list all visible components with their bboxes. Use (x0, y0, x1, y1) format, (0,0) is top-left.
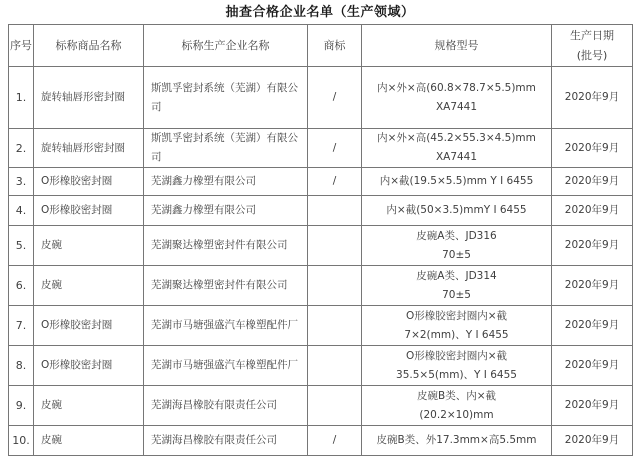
table-row: 6.皮碗芜湖聚达橡塑密封件有限公司皮碗A类、JD314 70±52020年9月 (9, 266, 633, 306)
cell-spec: 内×截(50×3.5)mmY I 6455 (362, 196, 552, 226)
cell-company: 芜湖市马塘强盛汽车橡塑配件厂 (144, 346, 308, 386)
cell-product: 旋转轴唇形密封圈 (34, 129, 144, 168)
cell-spec: 皮碗B类、外17.3mm×高5.5mm (362, 426, 552, 456)
cell-product: 皮碗 (34, 226, 144, 266)
cell-trademark (308, 386, 362, 426)
cell-product: O形橡胶密封圈 (34, 306, 144, 346)
table-row: 3.O形橡胶密封圈芜湖鑫力橡塑有限公司/内×截(19.5×5.5)mm Y I … (9, 168, 633, 196)
cell-company: 芜湖鑫力橡塑有限公司 (144, 196, 308, 226)
cell-serial: 7. (9, 306, 34, 346)
cell-date: 2020年9月 (552, 168, 633, 196)
cell-spec: O形橡胶密封圈内×截 7×2(mm)、Y I 6455 (362, 306, 552, 346)
cell-trademark: / (308, 426, 362, 456)
table-row: 5.皮碗芜湖聚达橡塑密封件有限公司皮碗A类、JD316 70±52020年9月 (9, 226, 633, 266)
cell-serial: 3. (9, 168, 34, 196)
cell-company: 斯凯孚密封系统（芜湖）有限公司 (144, 67, 308, 129)
cell-serial: 8. (9, 346, 34, 386)
cell-date: 2020年9月 (552, 386, 633, 426)
cell-date: 2020年9月 (552, 67, 633, 129)
cell-product: 皮碗 (34, 426, 144, 456)
cell-spec: O形橡胶密封圈内×截 35.5×5(mm)、Y I 6455 (362, 346, 552, 386)
cell-spec: 皮碗A类、JD316 70±5 (362, 226, 552, 266)
cell-product: O形橡胶密封圈 (34, 346, 144, 386)
table-row: 2.旋转轴唇形密封圈斯凯孚密封系统（芜湖）有限公司/内×外×高(45.2×55.… (9, 129, 633, 168)
cell-company: 斯凯孚密封系统（芜湖）有限公司 (144, 129, 308, 168)
cell-spec: 内×外×高(60.8×78.7×5.5)mm XA7441 (362, 67, 552, 129)
cell-company: 芜湖海昌橡胶有限责任公司 (144, 426, 308, 456)
cell-trademark: / (308, 129, 362, 168)
col-header-spec: 规格型号 (362, 25, 552, 67)
cell-date: 2020年9月 (552, 346, 633, 386)
table-row: 4.O形橡胶密封圈芜湖鑫力橡塑有限公司内×截(50×3.5)mmY I 6455… (9, 196, 633, 226)
cell-trademark (308, 306, 362, 346)
cell-serial: 9. (9, 386, 34, 426)
cell-serial: 6. (9, 266, 34, 306)
cell-date: 2020年9月 (552, 226, 633, 266)
col-header-product: 标称商品名称 (34, 25, 144, 67)
cell-spec: 皮碗B类、内×截 (20.2×10)mm (362, 386, 552, 426)
cell-product: O形橡胶密封圈 (34, 168, 144, 196)
col-header-company: 标称生产企业名称 (144, 25, 308, 67)
cell-company: 芜湖聚达橡塑密封件有限公司 (144, 226, 308, 266)
cell-product: 旋转轴唇形密封圈 (34, 67, 144, 129)
cell-serial: 10. (9, 426, 34, 456)
cell-date: 2020年9月 (552, 196, 633, 226)
cell-trademark (308, 196, 362, 226)
cell-serial: 4. (9, 196, 34, 226)
col-header-date: 生产日期 (批号) (552, 25, 633, 67)
cell-trademark (308, 266, 362, 306)
cell-trademark: / (308, 168, 362, 196)
table-row: 7.O形橡胶密封圈芜湖市马塘强盛汽车橡塑配件厂O形橡胶密封圈内×截 7×2(mm… (9, 306, 633, 346)
cell-company: 芜湖聚达橡塑密封件有限公司 (144, 266, 308, 306)
table-body: 1.旋转轴唇形密封圈斯凯孚密封系统（芜湖）有限公司/内×外×高(60.8×78.… (9, 67, 633, 456)
page-title: 抽查合格企业名单（生产领域） (0, 0, 640, 24)
cell-trademark (308, 346, 362, 386)
col-header-serial: 序号 (9, 25, 34, 67)
cell-company: 芜湖海昌橡胶有限责任公司 (144, 386, 308, 426)
cell-trademark: / (308, 67, 362, 129)
cell-spec: 内×截(19.5×5.5)mm Y I 6455 (362, 168, 552, 196)
table-row: 1.旋转轴唇形密封圈斯凯孚密封系统（芜湖）有限公司/内×外×高(60.8×78.… (9, 67, 633, 129)
cell-company: 芜湖市马塘强盛汽车橡塑配件厂 (144, 306, 308, 346)
col-header-trademark: 商标 (308, 25, 362, 67)
cell-serial: 2. (9, 129, 34, 168)
cell-serial: 1. (9, 67, 34, 129)
cell-trademark (308, 226, 362, 266)
header-row: 序号 标称商品名称 标称生产企业名称 商标 规格型号 生产日期 (批号) (9, 25, 633, 67)
cell-company: 芜湖鑫力橡塑有限公司 (144, 168, 308, 196)
cell-date: 2020年9月 (552, 266, 633, 306)
cell-serial: 5. (9, 226, 34, 266)
cell-date: 2020年9月 (552, 306, 633, 346)
cell-product: O形橡胶密封圈 (34, 196, 144, 226)
table-row: 10.皮碗芜湖海昌橡胶有限责任公司/皮碗B类、外17.3mm×高5.5mm202… (9, 426, 633, 456)
table-row: 9.皮碗芜湖海昌橡胶有限责任公司皮碗B类、内×截 (20.2×10)mm2020… (9, 386, 633, 426)
cell-spec: 内×外×高(45.2×55.3×4.5)mm XA7441 (362, 129, 552, 168)
cell-product: 皮碗 (34, 386, 144, 426)
cell-date: 2020年9月 (552, 426, 633, 456)
cell-date: 2020年9月 (552, 129, 633, 168)
table-row: 8.O形橡胶密封圈芜湖市马塘强盛汽车橡塑配件厂O形橡胶密封圈内×截 35.5×5… (9, 346, 633, 386)
inspection-results-table: 序号 标称商品名称 标称生产企业名称 商标 规格型号 生产日期 (批号) 1.旋… (8, 24, 633, 456)
cell-product: 皮碗 (34, 266, 144, 306)
cell-spec: 皮碗A类、JD314 70±5 (362, 266, 552, 306)
